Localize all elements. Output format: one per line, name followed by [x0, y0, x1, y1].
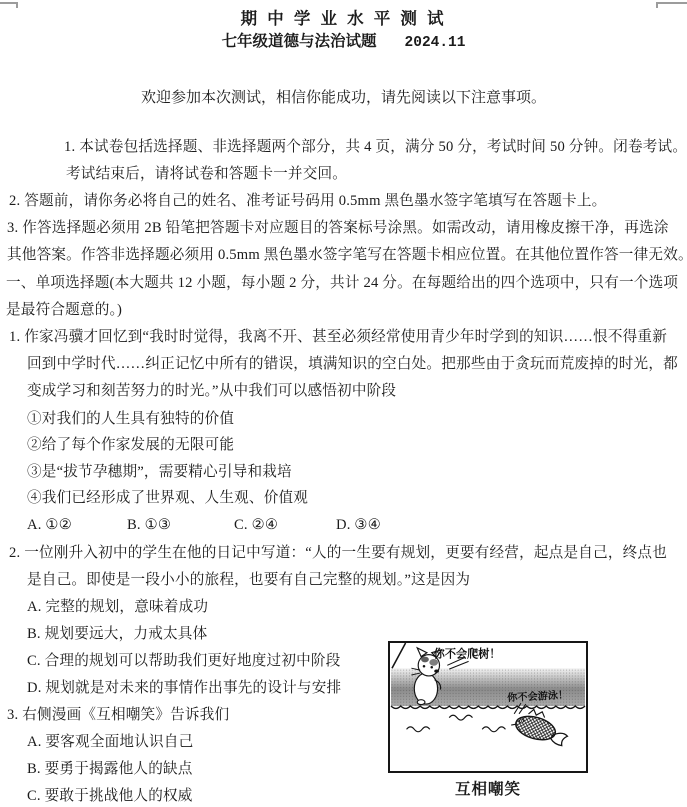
q3-option-c: C. 要敢于挑战他人的权威 [27, 789, 193, 804]
q2-option-a: A. 完整的规划，意味着成功 [27, 600, 208, 615]
cat-foot [417, 700, 425, 705]
q3-stem: 3. 右侧漫画《互相嘲笑》告诉我们 [7, 708, 229, 723]
cat-speech-text: 你不会爬树！ [434, 647, 501, 661]
fish-mouth [511, 723, 515, 726]
q1-choice-d: D. ③④ [336, 518, 381, 533]
notice-1-line-1: 1. 本试卷包括选择题、非选择题两个部分，共 4 页，满分 50 分，考试时间 … [64, 140, 687, 155]
notice-2: 2. 答题前，请你务必将自己的姓名、准考证号码用 0.5mm 黑色墨水签字笔填写… [9, 194, 606, 209]
tree-trunk-line [392, 643, 406, 668]
cat-body [414, 673, 437, 704]
comic-panel: 你不会爬树！ 你不会游泳！ [388, 641, 588, 773]
notice-3-line-1: 3. 作答选择题必须用 2B 铅笔把答题卡对应题目的答案标号涂黑。如需改动，请用… [7, 221, 669, 236]
page-title: 期 中 学 业 水 平 测 试 [0, 5, 687, 29]
q2-option-c: C. 合理的规划可以帮助我们更好地度过初中阶段 [27, 654, 341, 669]
q1-item-3: ③是“拔节孕穗期”，需要精心引导和栽培 [27, 465, 292, 480]
comic-illustration: 你不会爬树！ 你不会游泳！ [390, 643, 586, 771]
subtitle-course: 七年级道德与法治试题 [222, 33, 377, 50]
q1-choice-c: C. ②④ [234, 518, 278, 533]
notice-1-line-2: 考试结束后，请将试卷和答题卡一并交回。 [66, 167, 347, 182]
q2-option-b: B. 规划要远大，力戒太具体 [27, 627, 207, 642]
q2-option-d: D. 规划就是对未来的事情作出事先的设计与安排 [27, 681, 341, 696]
q2-stem-line-2: 是自己。即使是一段小小的旅程，也要有自己完整的规划。”这是因为 [27, 573, 470, 588]
q1-item-2: ②给了每个作家发展的无限可能 [27, 438, 234, 453]
fish-figure [509, 705, 572, 748]
exam-page: 期 中 学 业 水 平 测 试 七年级道德与法治试题2024.11 欢迎参加本次… [0, 0, 687, 807]
cat-patch-1 [421, 657, 429, 663]
q1-choice-b: B. ①③ [127, 518, 171, 533]
page-subtitle: 七年级道德与法治试题2024.11 [0, 29, 687, 51]
section-heading-line-1: 一、单项选择题(本大题共 12 小题，每小题 2 分，共计 24 分。在每题给出… [6, 276, 678, 291]
section-heading-line-2: 是最符合题意的。) [6, 303, 122, 318]
q1-stem-line-2: 回到中学时代……纠正记忆中所有的错误，填满知识的空白处。把那些由于贪玩而荒废掉的… [27, 357, 678, 372]
cat-mouth [434, 669, 439, 672]
q1-choice-a: A. ①② [27, 518, 72, 533]
q3-option-b: B. 要勇于揭露他人的缺点 [27, 762, 193, 777]
bank-edge [391, 706, 585, 708]
cat-eye-right [430, 666, 433, 669]
cat-eye-left [423, 665, 426, 668]
notice-3-line-2: 其他答案。作答非选择题必须用 0.5mm 黑色墨水签字笔写在答题卡相应位置。在其… [7, 248, 687, 263]
water-waves [407, 715, 506, 731]
subtitle-date: 2024.11 [405, 35, 466, 51]
comic-caption: 互相嘲笑 [388, 777, 588, 799]
q2-stem-line-1: 2. 一位刚升入初中的学生在他的日记中写道：“人的一生要有规划，更要有经营，起点… [9, 546, 667, 561]
q1-item-1: ①对我们的人生具有独特的价值 [27, 412, 234, 427]
q1-stem-line-3: 变成学习和刻苦努力的时光。”从中我们可以感悟初中阶段 [27, 384, 396, 399]
q1-stem-line-1: 1. 作家冯骥才回忆到“我时时觉得，我离不开、甚至必须经常使用青少年时学到的知识… [9, 330, 667, 345]
q3-option-a: A. 要客观全面地认识自己 [27, 735, 193, 750]
welcome-line: 欢迎参加本次测试，相信你能成功，请先阅读以下注意事项。 [0, 86, 687, 107]
q1-item-4: ④我们已经形成了世界观、人生观、价值观 [27, 491, 308, 506]
